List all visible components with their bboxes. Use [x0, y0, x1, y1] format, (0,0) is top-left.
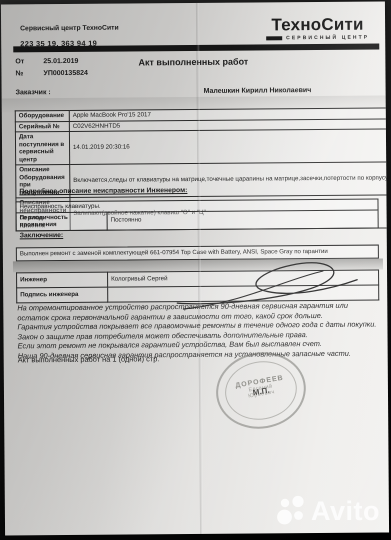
periodicity-label: Периодичность проявления	[16, 212, 107, 231]
diagnosis-heading: Подробное описание неисправности Инженер…	[19, 187, 187, 195]
table-row: Дата поступления в сервисный центр 14.01…	[15, 129, 389, 165]
logo-subtitle-row: СЕРВИСНЫЙ ЦЕНТР	[266, 35, 369, 42]
document-meta: От 25.01.2019 № УП000135824	[15, 58, 88, 83]
photo-background: Сервисный центр ТехноСити 223 35 19, 363…	[0, 0, 391, 540]
arrival-date-label: Дата поступления в сервисный центр	[15, 131, 69, 164]
meta-date-row: От 25.01.2019	[15, 58, 87, 66]
number-label: №	[15, 70, 43, 77]
from-label: От	[15, 58, 43, 65]
engineer-table: Инженер Кологривый Сергей Подпись инжене…	[16, 270, 379, 304]
document-number: УП000135824	[43, 70, 87, 77]
signature-label: Подпись инженера	[17, 287, 108, 303]
periodicity-value: Постоянно	[107, 210, 378, 230]
pages-note: Акт выполненных работ на 1 (одной) стр.	[18, 354, 160, 364]
warranty-notes: На отремонтированное устройство распрост…	[17, 301, 381, 361]
document-paper: Сервисный центр ТехноСити 223 35 19, 363…	[1, 2, 389, 536]
serial-label: Серийный №	[15, 121, 69, 132]
customer-name: Малешкин Кирилл Николаевич	[204, 87, 312, 95]
diagnosis-table: Неисправность клавиатуры. Периодичность …	[15, 199, 378, 231]
logo-title: ТехноСити	[266, 16, 369, 35]
table-row: Периодичность проявления Постоянно	[16, 210, 378, 231]
equipment-label: Оборудование	[15, 110, 69, 121]
signature-cell	[108, 285, 379, 302]
arrival-date-value: 14.01.2019 20:30:16	[69, 129, 389, 165]
service-center-name: Сервисный центр ТехноСити	[20, 25, 119, 33]
logo-dash-icon	[266, 36, 282, 40]
meta-number-row: № УП000135824	[15, 70, 87, 78]
engineer-label: Инженер	[17, 272, 108, 288]
from-date: 25.01.2019	[43, 58, 78, 65]
customer-row: Заказчик : Малешкин Кирилл Николаевич	[16, 87, 376, 90]
conclusion-heading: Заключение:	[20, 232, 64, 239]
customer-label: Заказчик :	[16, 89, 51, 96]
logo-subtitle: СЕРВИСНЫЙ ЦЕНТР	[286, 35, 369, 42]
technocity-logo: ТехноСити СЕРВИСНЫЙ ЦЕНТР	[266, 16, 369, 42]
